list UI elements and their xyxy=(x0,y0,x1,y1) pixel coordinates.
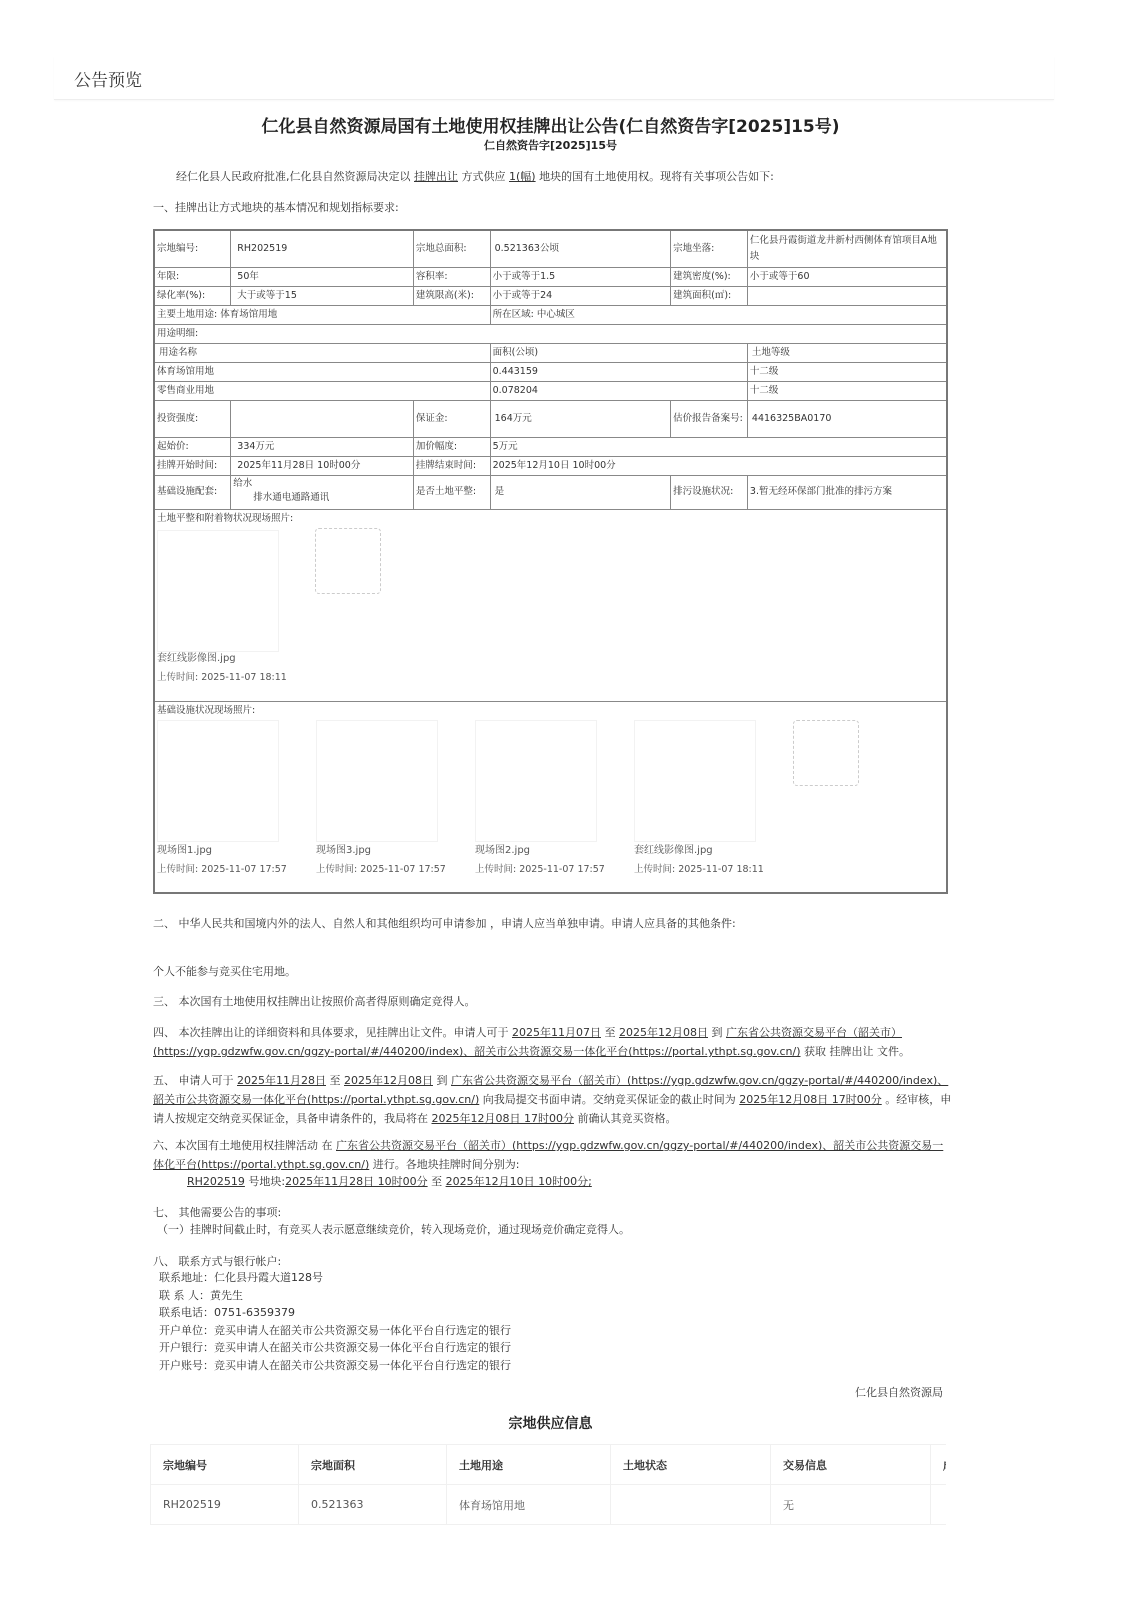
contact-block: 联系地址：仁化县丹霞大道128号 联 系 人：黄先生 联系电话：0751-635… xyxy=(159,1269,511,1374)
section-5: 五、 申请人可于 2025年11月28日 至 2025年12月08日 到 广东省… xyxy=(153,1071,953,1128)
section-7-item: （一）挂牌时间截止时，有竞买人表示愿意继续竞价，转入现场竞价，通过现场竞价确定竞… xyxy=(157,1220,630,1239)
list-start: 2025年11月28日 10时00分 xyxy=(231,456,414,475)
invest xyxy=(231,400,414,437)
photo-upload-time: 上传时间: 2025-11-07 18:11 xyxy=(157,670,287,686)
supply-table: 宗地编号 宗地面积 土地用途 土地状态 交易信息 成 RH202519 0.52… xyxy=(150,1444,991,1525)
label-green: 绿化率(%): xyxy=(154,286,231,305)
notice-intro: 经仁化县人民政府批准,仁化县自然资源局决定以 挂牌出让 方式供应 1(幅) 地块… xyxy=(176,167,774,186)
label-height: 建筑限高(米): xyxy=(413,286,490,305)
page-header: 公告预览 xyxy=(54,56,1054,100)
sale-method: 挂牌出让 xyxy=(414,170,458,183)
green-ratio: 大于或等于15 xyxy=(231,286,414,305)
label-start-price: 起始价: xyxy=(154,437,231,456)
parcel-location: 仁化县丹霞街道龙井新村西侧体育馆项目A地块 xyxy=(747,230,947,267)
use-header-area: 面积(公顷) xyxy=(490,343,747,362)
main-use: 体育场馆用地 xyxy=(220,309,277,320)
label-parcel-location: 宗地坐落: xyxy=(671,230,748,267)
appraisal-number: 4416325BA0170 xyxy=(747,400,947,437)
label-list-end: 挂牌结束时间: xyxy=(413,456,490,475)
label-leveled: 是否土地平整: xyxy=(413,475,490,509)
section-2: 二、 中华人民共和国境内外的法人、自然人和其他组织均可申请参加 ，申请人应当单独… xyxy=(153,914,736,933)
use-header-name: 用途名称 xyxy=(154,343,490,362)
infra-photos-cell: 基础设施状况现场照片: 现场图1.jpg 现场图3.jpg 现场图2.jpg 套… xyxy=(154,701,947,893)
land-photos-label: 土地平整和附着物状况现场照片: xyxy=(157,511,944,527)
photo-upload-time: 上传时间: 2025-11-07 17:57 xyxy=(316,862,446,878)
parcel-count: 1(幅) xyxy=(509,170,536,183)
photo-filename[interactable]: 套红线影像图.jpg xyxy=(157,651,236,667)
col-header: 宗地面积 xyxy=(299,1445,447,1485)
leveled: 是 xyxy=(490,475,671,509)
section-6-schedule: RH202519 号地块:2025年11月28日 10时00分 至 2025年1… xyxy=(187,1172,592,1191)
section-3: 三、 本次国有土地使用权挂牌出让按照价高者得原则确定竞得人。 xyxy=(153,992,476,1011)
region-cell: 所在区域: 中心城区 xyxy=(490,305,947,324)
photo-filename[interactable]: 现场图2.jpg xyxy=(475,843,530,859)
upload-placeholder[interactable] xyxy=(315,528,381,594)
supply-title: 宗地供应信息 xyxy=(0,1413,1101,1433)
label-floor-area: 建筑面积(㎡): xyxy=(671,286,748,305)
label-term: 年限: xyxy=(154,267,231,286)
label-list-start: 挂牌开始时间: xyxy=(154,456,231,475)
account-bank: 开户银行：竞买申请人在韶关市公共资源交易一体化平台自行选定的银行 xyxy=(159,1339,511,1357)
photo-thumbnail[interactable] xyxy=(157,530,279,652)
section-1-heading: 一、挂牌出让方式地块的基本情况和规划指标要求: xyxy=(153,198,399,217)
floor-area xyxy=(747,286,947,305)
section-6: 六、本次国有土地使用权挂牌活动 在 广东省公共资源交易平台（韶关市）(https… xyxy=(153,1136,953,1174)
upload-placeholder[interactable] xyxy=(793,720,859,786)
far: 小于或等于1.5 xyxy=(490,267,671,286)
use-row: 体育场馆用地 0.443159 十二级 xyxy=(154,362,947,381)
parcel-info-table: 宗地编号: RH202519 宗地总面积: 0.521363公顷 宗地坐落: 仁… xyxy=(153,229,948,894)
photo-upload-time: 上传时间: 2025-11-07 17:57 xyxy=(157,862,287,878)
label-infra: 基础设施配套: xyxy=(154,475,231,509)
label-invest: 投资强度: xyxy=(154,400,231,437)
parcel-code: RH202519 xyxy=(231,230,414,267)
notice-doc-number: 仁自然资告字[2025]15号 xyxy=(0,137,1101,153)
photo-filename[interactable]: 套红线影像图.jpg xyxy=(634,843,713,859)
page-header-title: 公告预览 xyxy=(74,66,142,91)
use-row: 零售商业用地 0.078204 十二级 xyxy=(154,381,947,400)
photo-thumbnail[interactable] xyxy=(157,720,279,842)
account-unit: 开户单位：竞买申请人在韶关市公共资源交易一体化平台自行选定的银行 xyxy=(159,1322,511,1340)
col-header: 宗地编号 xyxy=(151,1445,299,1485)
photo-thumbnail[interactable] xyxy=(316,720,438,842)
infra: 给水 排水通电通路通讯 xyxy=(231,475,414,509)
table-row: RH202519 0.521363 体育场馆用地 无 xyxy=(151,1485,991,1525)
photo-thumbnail[interactable] xyxy=(634,720,756,842)
height-limit: 小于或等于24 xyxy=(490,286,671,305)
label-parcel-area: 宗地总面积: xyxy=(413,230,490,267)
list-end: 2025年12月10日 10时00分 xyxy=(490,456,947,475)
sewage: 3.暂无经环保部门批准的排污方案 xyxy=(747,475,947,509)
section-4: 四、 本次挂牌出让的详细资料和具体要求，见挂牌出让文件。申请人可于 2025年1… xyxy=(153,1023,953,1061)
signature: 仁化县自然资源局 xyxy=(855,1384,943,1400)
contact-phone: 联系电话：0751-6359379 xyxy=(159,1304,511,1322)
use-header-grade: 土地等级 xyxy=(747,343,947,362)
main-use-cell: 主要土地用途: 体育场馆用地 xyxy=(154,305,490,324)
notice-title: 仁化县自然资源局国有土地使用权挂牌出让公告(仁自然资告字[2025]15号) xyxy=(0,112,1101,137)
density: 小于或等于60 xyxy=(747,267,947,286)
label-density: 建筑密度(%): xyxy=(671,267,748,286)
photo-upload-time: 上传时间: 2025-11-07 17:57 xyxy=(475,862,605,878)
section-2-extra: 个人不能参与竞买住宅用地。 xyxy=(153,962,296,981)
col-header: 土地状态 xyxy=(611,1445,771,1485)
infra-photos-label: 基础设施状况现场照片: xyxy=(157,703,944,719)
deposit: 164万元 xyxy=(490,400,671,437)
label-appraisal: 估价报告备案号: xyxy=(671,400,748,437)
label-parcel-code: 宗地编号: xyxy=(154,230,231,267)
contact-address: 联系地址：仁化县丹霞大道128号 xyxy=(159,1269,511,1287)
term: 50年 xyxy=(231,267,414,286)
use-detail-label: 用途明细: xyxy=(154,324,947,343)
region: 中心城区 xyxy=(537,309,575,320)
photo-filename[interactable]: 现场图1.jpg xyxy=(157,843,212,859)
account-number: 开户账号：竞买申请人在韶关市公共资源交易一体化平台自行选定的银行 xyxy=(159,1357,511,1375)
col-header: 土地用途 xyxy=(447,1445,611,1485)
start-price: 334万元 xyxy=(231,437,414,456)
label-sewage: 排污设施状况: xyxy=(671,475,748,509)
label-increment: 加价幅度: xyxy=(413,437,490,456)
photo-upload-time: 上传时间: 2025-11-07 18:11 xyxy=(634,862,764,878)
parcel-area: 0.521363公顷 xyxy=(490,230,671,267)
increment: 5万元 xyxy=(490,437,947,456)
photo-thumbnail[interactable] xyxy=(475,720,597,842)
label-far: 容积率: xyxy=(413,267,490,286)
label-deposit: 保证金: xyxy=(413,400,490,437)
photo-filename[interactable]: 现场图3.jpg xyxy=(316,843,371,859)
table-clip-mask xyxy=(946,1440,1131,1600)
land-photos-cell: 土地平整和附着物状况现场照片: 套红线影像图.jpg 上传时间: 2025-11… xyxy=(154,509,947,701)
contact-person: 联 系 人：黄先生 xyxy=(159,1287,511,1305)
col-header: 交易信息 xyxy=(771,1445,931,1485)
